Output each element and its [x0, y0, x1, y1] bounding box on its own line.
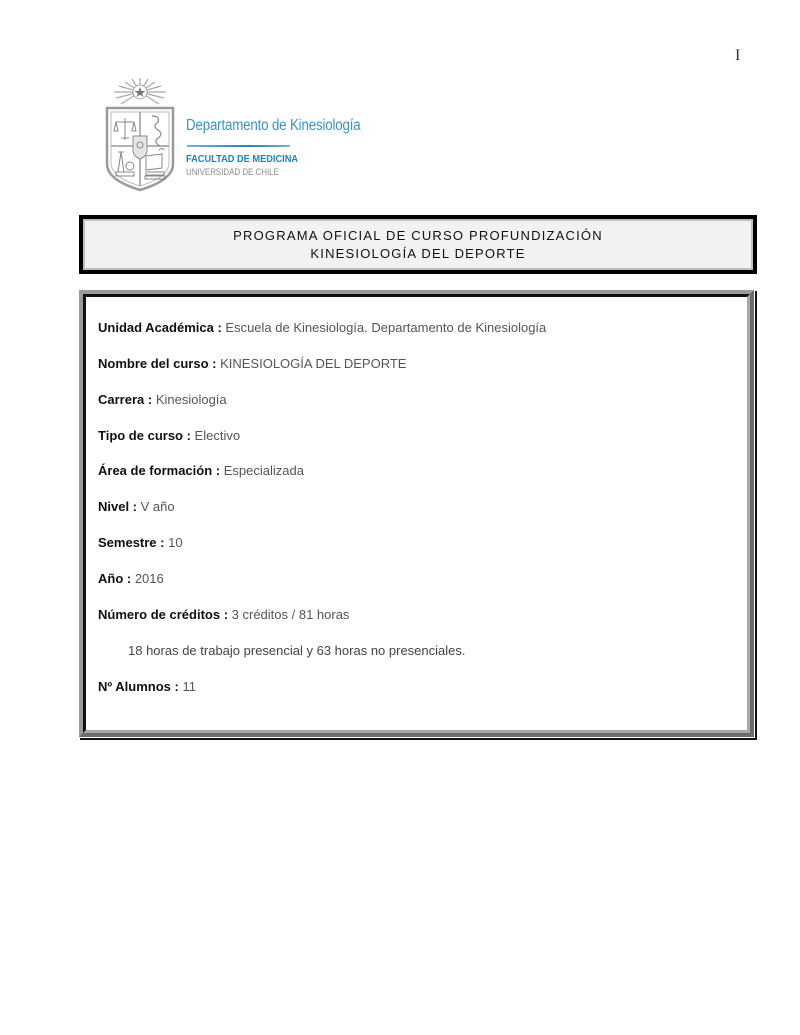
field-label: Nombre del curso :: [98, 356, 216, 371]
field-creditos: Número de créditos : 3 créditos / 81 hor…: [98, 607, 349, 622]
field-nombre-curso: Nombre del curso : KINESIOLOGÍA DEL DEPO…: [98, 356, 406, 371]
field-tipo-curso: Tipo de curso : Electivo: [98, 428, 240, 443]
field-value: Especializada: [220, 463, 304, 478]
field-anio: Año : 2016: [98, 571, 164, 586]
field-value: Kinesiología: [152, 392, 226, 407]
field-area-formacion: Área de formación : Especializada: [98, 463, 304, 478]
field-unidad-academica: Unidad Académica : Escuela de Kinesiolog…: [98, 320, 546, 335]
field-value: Electivo: [191, 428, 240, 443]
field-label: Área de formación :: [98, 463, 220, 478]
header-divider: [187, 145, 290, 147]
field-label: Tipo de curso :: [98, 428, 191, 443]
field-label: Nº Alumnos :: [98, 679, 179, 694]
university-name: UNIVERSIDAD DE CHILE: [186, 167, 279, 177]
field-label: Nivel :: [98, 499, 137, 514]
field-value: KINESIOLOGÍA DEL DEPORTE: [216, 356, 406, 371]
field-label: Carrera :: [98, 392, 152, 407]
university-logo: Departamento de Kinesiología FACULTAD DE…: [104, 76, 364, 196]
course-info-box: Unidad Académica : Escuela de Kinesiolog…: [79, 290, 754, 737]
title-inner: PROGRAMA OFICIAL DE CURSO PROFUNDIZACIÓN…: [83, 219, 753, 270]
department-name: Departamento de Kinesiología: [186, 117, 361, 135]
page-number: I: [735, 47, 740, 65]
field-value: 2016: [131, 571, 164, 586]
field-value: 3 créditos / 81 horas: [228, 607, 349, 622]
field-value: Escuela de Kinesiología. Departamento de…: [222, 320, 547, 335]
field-label: Unidad Académica :: [98, 320, 222, 335]
field-carrera: Carrera : Kinesiología: [98, 392, 227, 407]
title-box: PROGRAMA OFICIAL DE CURSO PROFUNDIZACIÓN…: [79, 215, 757, 274]
course-title: KINESIOLOGÍA DEL DEPORTE: [310, 245, 525, 263]
field-semestre: Semestre : 10: [98, 535, 183, 550]
field-label: Número de créditos :: [98, 607, 228, 622]
field-value: 11: [179, 679, 196, 694]
field-value: V año: [137, 499, 175, 514]
university-crest-icon: [104, 76, 176, 192]
field-label: Semestre :: [98, 535, 164, 550]
field-alumnos: Nº Alumnos : 11: [98, 679, 196, 694]
document-title: PROGRAMA OFICIAL DE CURSO PROFUNDIZACIÓN: [233, 227, 603, 245]
faculty-name: FACULTAD DE MEDICINA: [186, 153, 298, 165]
field-label: Año :: [98, 571, 131, 586]
field-value: 10: [164, 535, 182, 550]
credits-note: 18 horas de trabajo presencial y 63 hora…: [128, 643, 466, 658]
field-nivel: Nivel : V año: [98, 499, 175, 514]
